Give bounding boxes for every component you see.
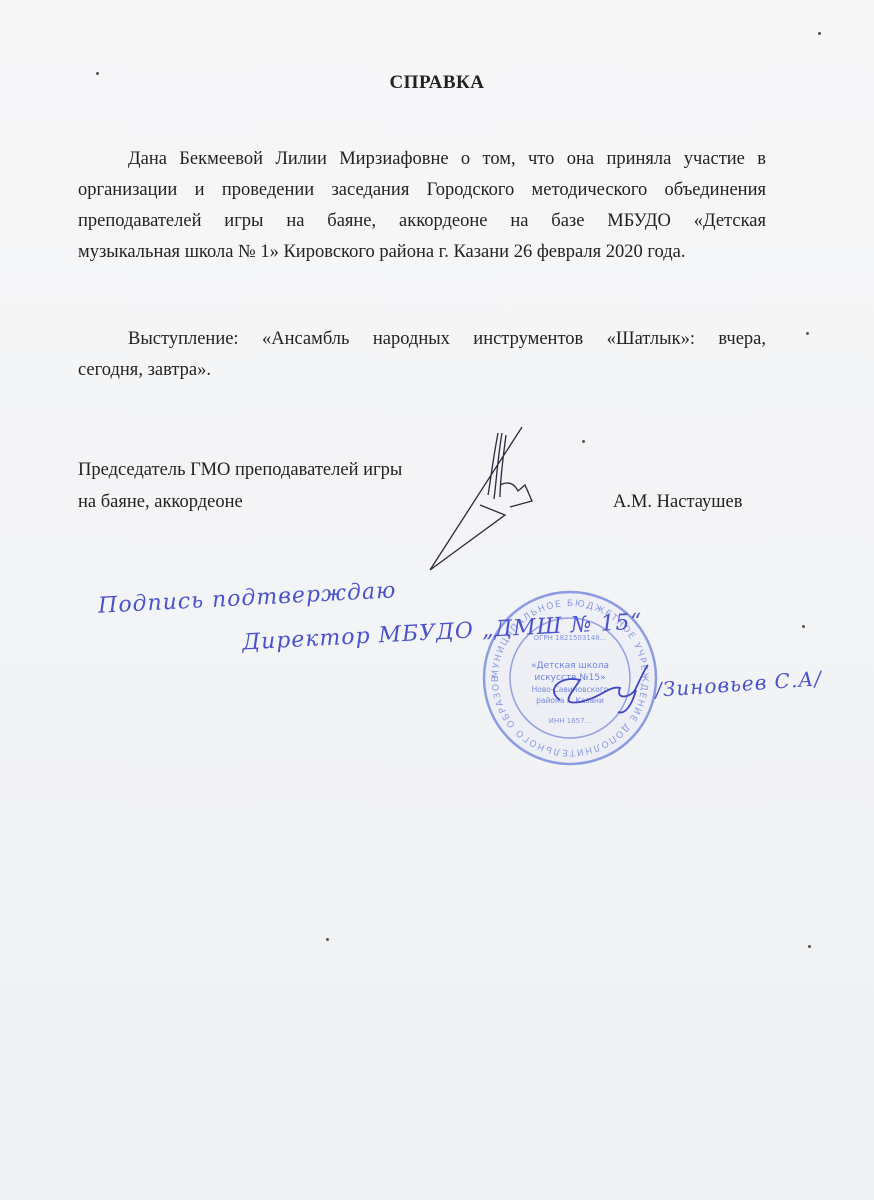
text-line: Выступление: «Ансамбль народных инструме…	[78, 324, 766, 355]
paragraph-presentation: Выступление: «Ансамбль народных инструме…	[78, 324, 766, 386]
scan-speck	[808, 945, 811, 948]
text-line: музыкальная школа № 1» Кировского района…	[78, 237, 766, 268]
text-line: сегодня, завтра».	[78, 355, 766, 386]
text-line: преподавателей игры на баяне, аккордеоне…	[78, 206, 766, 237]
document-page: СПРАВКА Дана Бекмеевой Лилии Мирзиафовне…	[0, 0, 874, 1200]
scan-speck	[806, 332, 809, 335]
paragraph-certificate-body: Дана Бекмеевой Лилии Мирзиафовне о том, …	[78, 144, 766, 268]
signatory-position: Председатель ГМО преподавателей игры на …	[78, 454, 402, 518]
director-signature-icon	[540, 660, 660, 720]
handwritten-confirmation: Подпись подтверждаю	[98, 578, 397, 619]
scan-speck	[582, 440, 585, 443]
scan-speck	[96, 72, 99, 75]
scan-speck	[818, 32, 821, 35]
text-line: организации и проведении заседания Город…	[78, 175, 766, 206]
scan-speck	[326, 938, 329, 941]
signature-scribble-icon	[410, 425, 550, 575]
signatory-name: А.М. Настаушев	[613, 486, 743, 518]
scan-speck	[802, 625, 805, 628]
text-line: Дана Бекмеевой Лилии Мирзиафовне о том, …	[78, 144, 766, 175]
handwritten-signer-name: /Зиновьев С.А/	[654, 666, 822, 702]
position-line: Председатель ГМО преподавателей игры	[78, 454, 402, 486]
position-line: на баяне, аккордеоне	[78, 486, 402, 518]
document-title: СПРАВКА	[0, 72, 874, 94]
